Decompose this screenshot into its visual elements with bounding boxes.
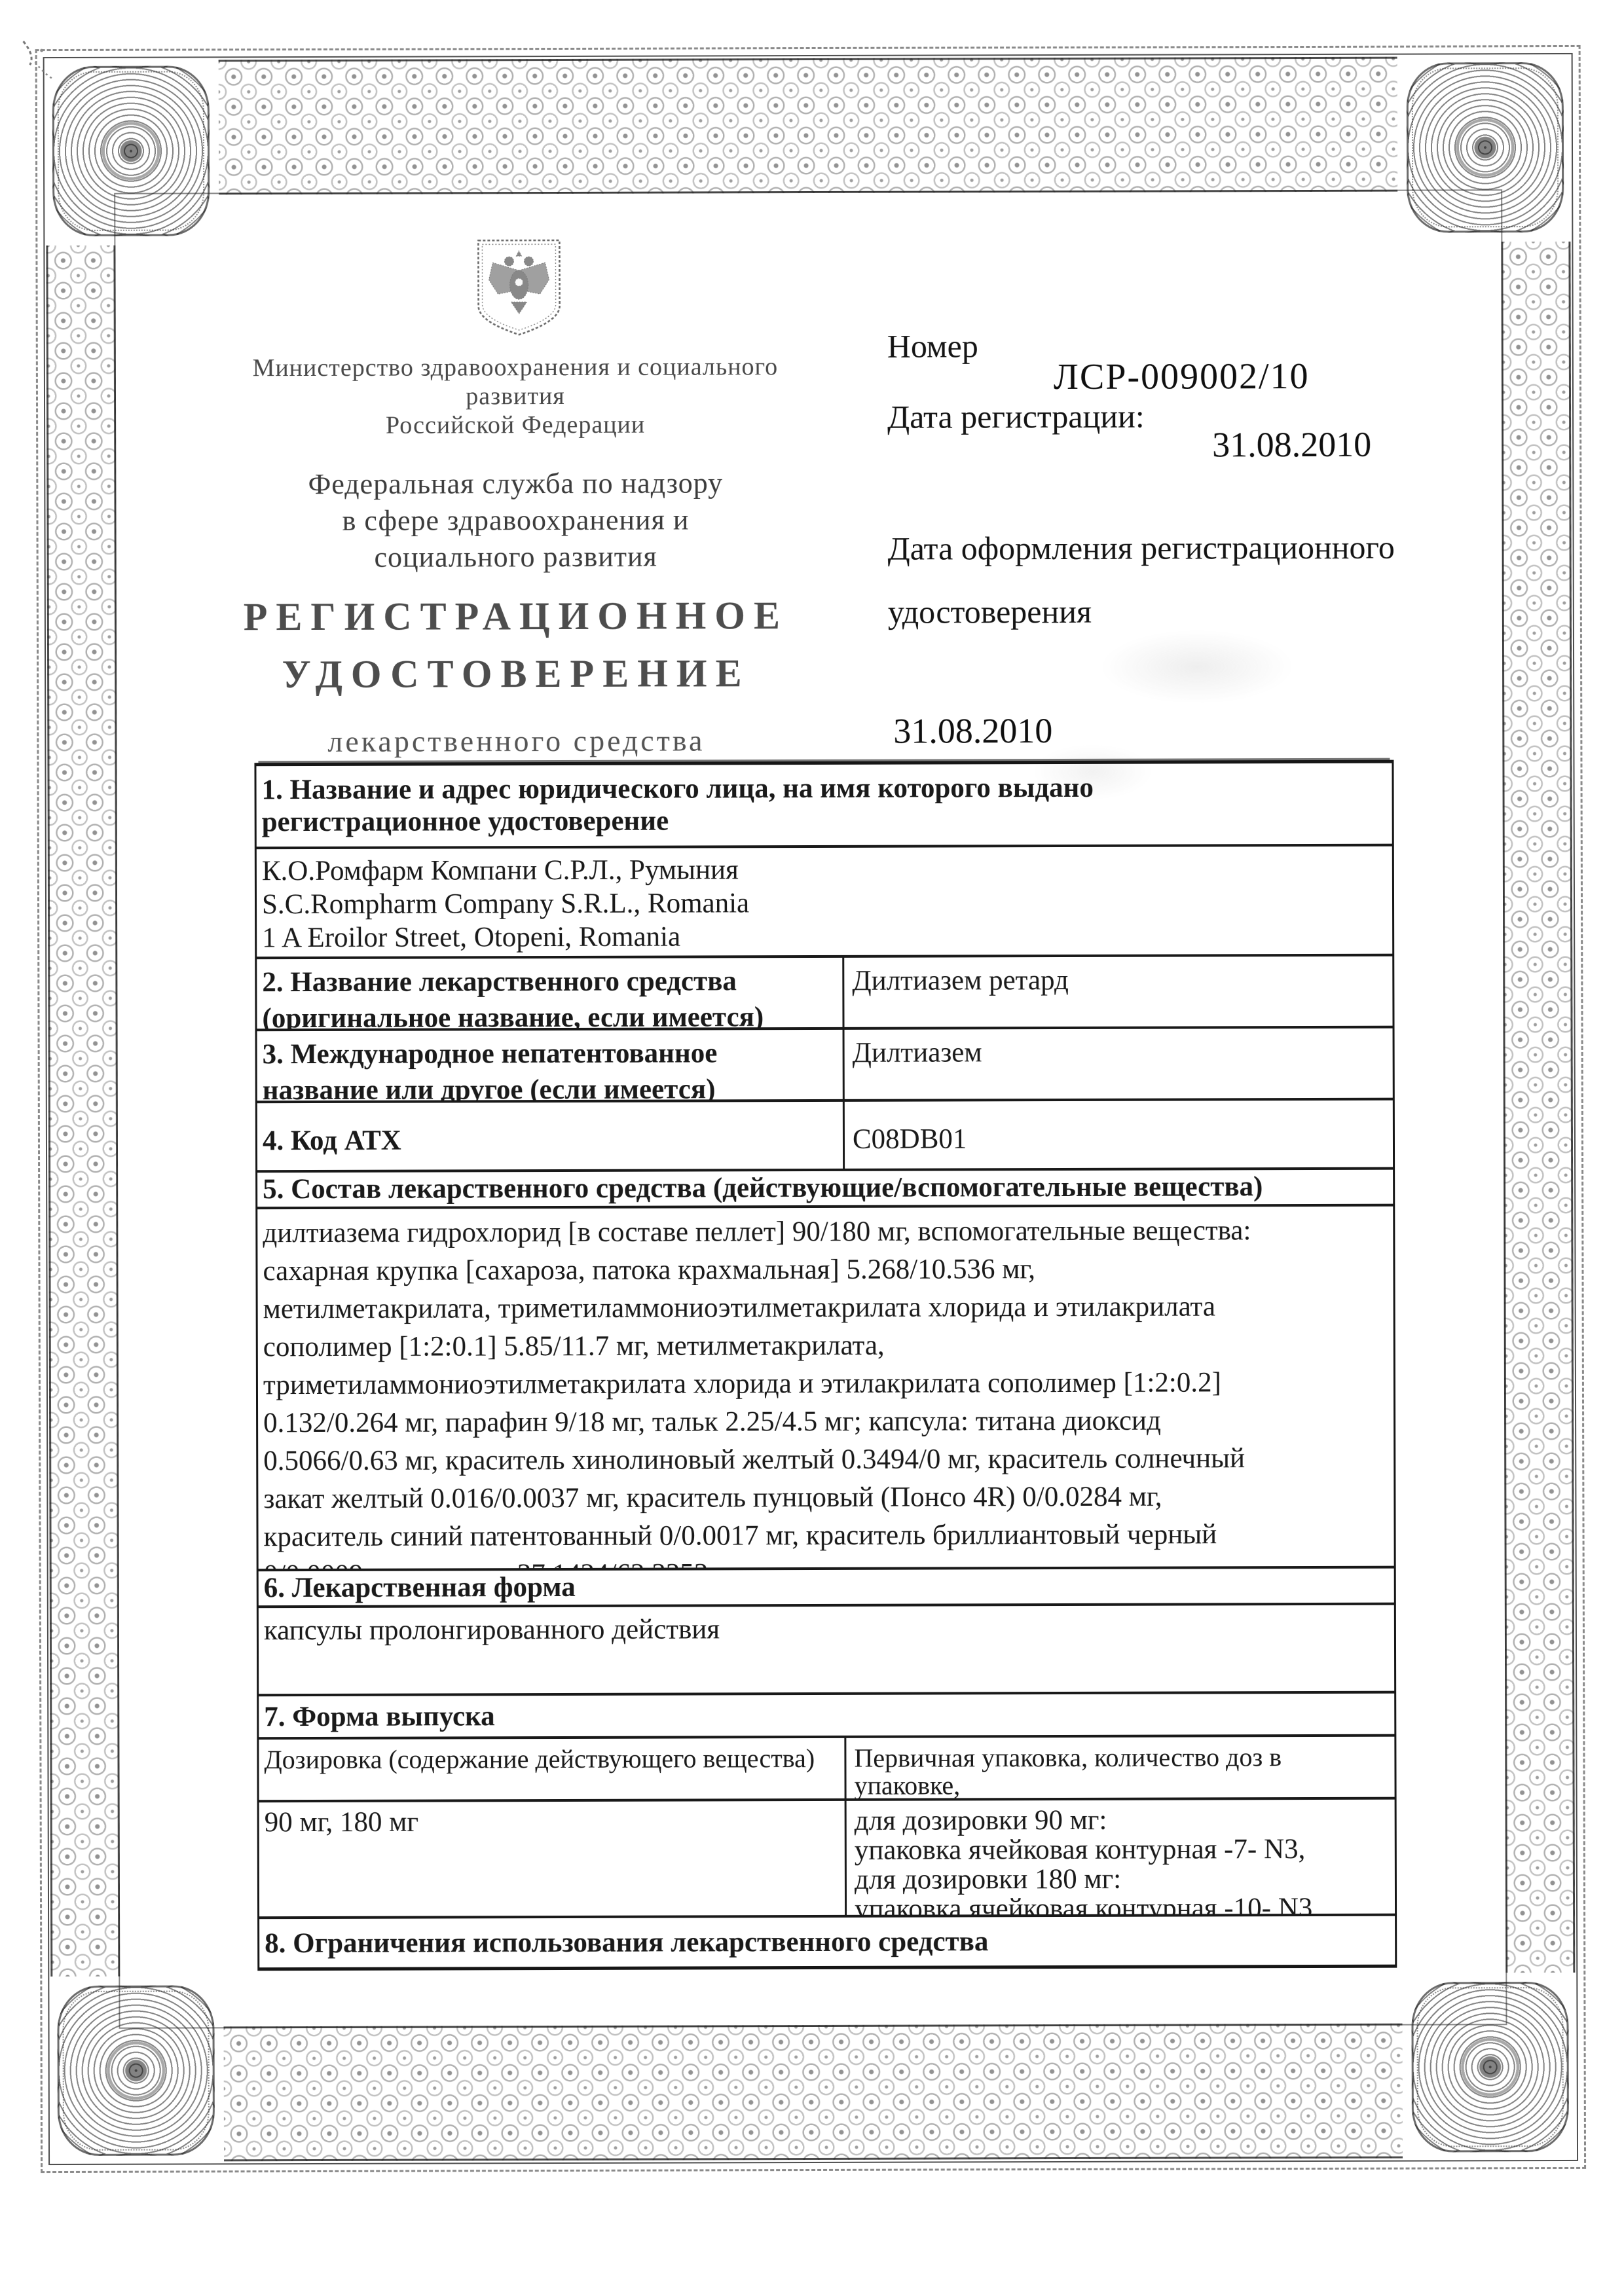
scanned-sheet: Министерство здравоохранения и социально… <box>0 0 1624 2296</box>
section2-row: 2. Название лекарственного средства(ориг… <box>257 957 1392 1032</box>
section2-label-line: 2. Название лекарственного средства <box>262 963 836 1000</box>
section2-label-line: (оригинальное название, если имеется) <box>262 999 836 1031</box>
border-ornament-bottom <box>224 2024 1403 2162</box>
section2-label: 2. Название лекарственного средства(ориг… <box>257 958 842 1029</box>
section7-header: 7. Форма выпуска <box>259 1694 1394 1740</box>
border-ornament-right <box>1501 242 1575 1973</box>
registration-date-label: Дата регистрации: <box>887 397 1145 436</box>
section7-column-headers: Дозировка (содержание действующего вещес… <box>259 1737 1394 1803</box>
packaging-value-line: для дозировки 180 мг: <box>855 1864 1388 1895</box>
section1-header: 1. Название и адрес юридического лица, н… <box>256 763 1392 850</box>
composition-line: 0.5066/0.63 мг, краситель хинолиновый же… <box>263 1440 1387 1480</box>
document-subtitle: лекарственного средства <box>162 723 870 759</box>
section8-header: 8. Ограничения использования лекарственн… <box>259 1916 1395 1968</box>
border-ornament-top <box>219 57 1398 195</box>
ministry-name-line: Российской Федерации <box>208 410 823 440</box>
composition-line: сахарная крупка [сахароза, патока крахма… <box>263 1250 1386 1290</box>
number-value: ЛСР-009002/10 <box>1054 355 1310 398</box>
section3-label-line: название или другое (если имеется) <box>263 1071 836 1103</box>
section1-holder-name-address: К.О.Ромфарм Компани С.Р.Л., РумынияS.C.R… <box>257 847 1392 960</box>
federal-service-name: Федеральная служба по надзорув сфере здр… <box>208 465 823 576</box>
document-title-line: РЕГИСТРАЦИОННОЕ <box>162 587 870 646</box>
pen-mark <box>16 36 94 101</box>
issue-date-label: Дата оформления регистрационногоудостове… <box>887 516 1412 644</box>
number-label: Номер <box>887 327 978 365</box>
packaging-value-line: упаковка ячейковая контурная -10- N3 <box>855 1893 1388 1920</box>
packaging-value-line: для дозировки 90 мг: <box>855 1805 1388 1836</box>
ministry-name-line: Министерство здравоохранения и социально… <box>208 352 823 382</box>
section3-label-line: 3. Международное непатентованное <box>263 1035 836 1072</box>
section1-header-line: 1. Название и адрес юридического лица, н… <box>262 771 1386 806</box>
composition-line: 0.132/0.264 мг, парафин 9/18 мг, тальк 2… <box>263 1402 1387 1442</box>
section4-row: 4. Код АТХ C08DB01 <box>257 1101 1393 1173</box>
dosage-value: 90 мг, 180 мг <box>259 1801 845 1916</box>
section3-label: 3. Международное непатентованноеназвание… <box>257 1030 843 1101</box>
inn-value: Дилтиазем <box>843 1029 1393 1099</box>
section5-header: 5. Состав лекарственного средства (дейст… <box>257 1170 1393 1210</box>
packaging-column-header-line: Первичная упаковка, количество доз в упа… <box>854 1743 1388 1800</box>
dosage-form-value: капсулы пролонгированного действия <box>259 1605 1394 1697</box>
composition-line: дилтиазема гидрохлорид [в составе пеллет… <box>263 1212 1386 1252</box>
section1-header-line: регистрационное удостоверение <box>262 803 1386 838</box>
document-title-line: УДОСТОВЕРЕНИЕ <box>162 644 870 704</box>
composition-line: закат желтый 0.016/0.0037 мг, краситель … <box>263 1478 1387 1518</box>
double-headed-eagle-icon <box>489 251 549 314</box>
atc-code-value: C08DB01 <box>843 1101 1393 1169</box>
document-title: РЕГИСТРАЦИОННОЕУДОСТОВЕРЕНИЕ <box>162 587 870 704</box>
coat-of-arms-emblem <box>473 236 564 338</box>
packaging-value-line: упаковка ячейковая контурная -7- N3, <box>855 1834 1388 1865</box>
section6-header: 6. Лекарственная форма <box>259 1569 1394 1609</box>
composition-line: метилметакрилата, триметиламмониоэтилмет… <box>263 1288 1387 1328</box>
packaging-value: для дозировки 90 мг:упаковка ячейковая к… <box>845 1800 1395 1915</box>
composition-line: сополимер [1:2:0.1] 5.85/11.7 мг, метилм… <box>263 1326 1387 1366</box>
ministry-name: Министерство здравоохранения и социально… <box>208 352 823 440</box>
certificate-table: 1. Название и адрес юридического лица, н… <box>254 760 1397 1971</box>
section4-label: 4. Код АТХ <box>257 1102 843 1170</box>
border-ornament-left <box>46 246 120 1977</box>
drug-trade-name-value: Дилтиазем ретард <box>842 957 1392 1027</box>
certificate-scan-page: Министерство здравоохранения и социально… <box>0 0 1624 2296</box>
border-corner-rosette-top-right <box>1397 53 1574 242</box>
composition-line: триметиламмониоэтилметакрилата хлорида и… <box>263 1364 1387 1404</box>
registration-date-value: 31.08.2010 <box>1212 424 1371 465</box>
section5-composition-text: дилтиазема гидрохлорид [в составе пеллет… <box>257 1207 1393 1572</box>
border-corner-rosette-bottom-left <box>48 1976 224 2165</box>
federal-service-name-line: Федеральная служба по надзору <box>208 465 823 503</box>
issue-date-label-line: Дата оформления регистрационного <box>887 516 1411 581</box>
holder-address-line: К.О.Ромфарм Компани С.Р.Л., Румыния <box>262 852 1386 888</box>
dosage-column-header: Дозировка (содержание действующего вещес… <box>259 1738 844 1800</box>
holder-address-line: S.C.Rompharm Company S.R.L., Romania <box>262 885 1386 921</box>
section3-row: 3. Международное непатентованноеназвание… <box>257 1029 1393 1104</box>
section7-data-row: 90 мг, 180 мг для дозировки 90 мг:упаков… <box>259 1800 1395 1920</box>
issue-date-value: 31.08.2010 <box>893 710 1052 752</box>
federal-service-name-line: социального развития <box>208 538 824 576</box>
holder-address-line: 1 A Eroilor Street, Otopeni, Romania <box>262 919 1386 955</box>
packaging-column-header: Первичная упаковка, количество доз в упа… <box>844 1737 1394 1798</box>
federal-service-name-line: в сфере здравоохранения и <box>208 501 823 539</box>
border-corner-rosette-bottom-right <box>1402 1973 1578 2162</box>
ministry-name-line: развития <box>208 381 823 411</box>
issue-date-label-line: удостоверения <box>888 579 1412 644</box>
composition-line: краситель синий патентованный 0/0.0017 м… <box>263 1516 1387 1556</box>
